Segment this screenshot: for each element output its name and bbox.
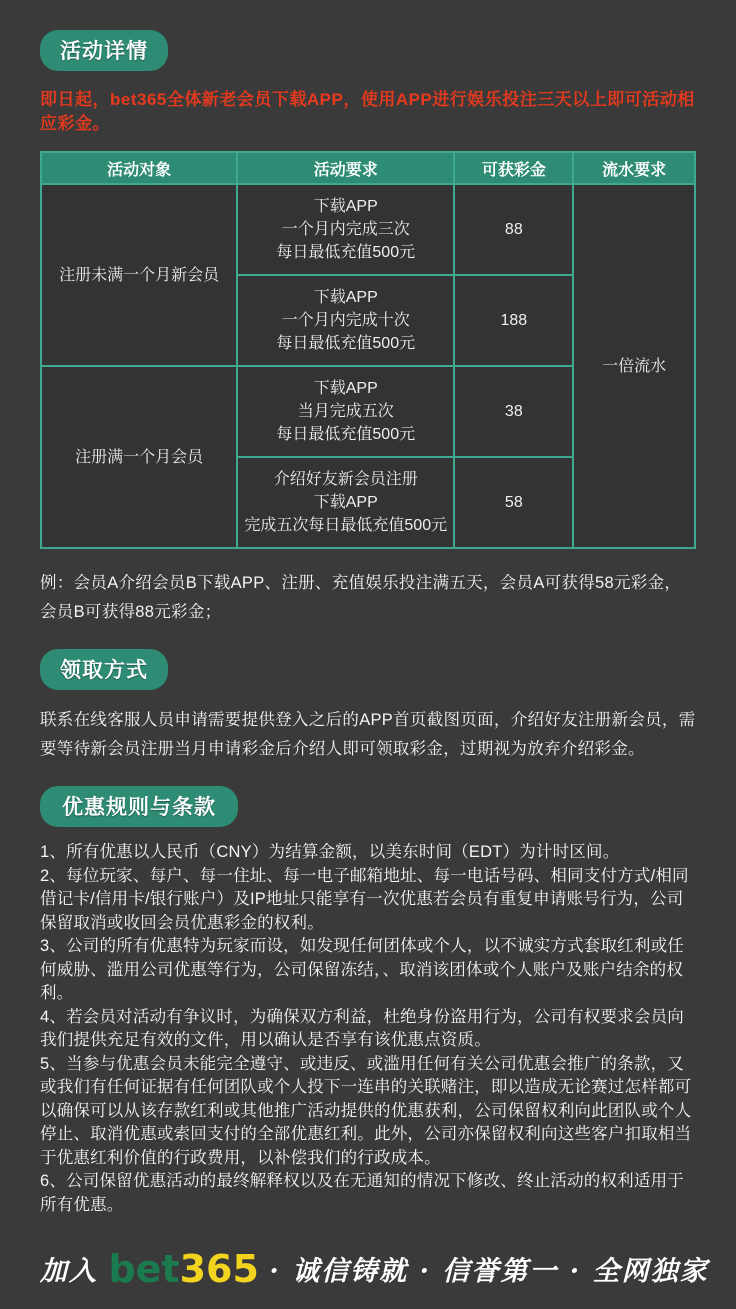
- bonus-cell: 58: [454, 457, 573, 548]
- requirement-cell: 介绍好友新会员注册 下载APP 完成五次每日最低充值500元: [237, 457, 454, 548]
- rule-item-6: 6、公司保留优惠活动的最终解释权以及在无通知的情况下修改、终止活动的权利适用于所…: [40, 1170, 696, 1217]
- bonus-cell: 88: [454, 184, 573, 275]
- activity-table: 活动对象 活动要求 可获彩金 流水要求 注册未满一个月新会员 下载APP 一个月…: [40, 151, 696, 549]
- claim-method-text: 联系在线客服人员申请需要提供登入之后的APP首页截图页面，介绍好友注册新会员，需…: [40, 706, 696, 764]
- promo-page: 活动详情 即日起，bet365全体新老会员下载APP，使用APP进行娱乐投注三天…: [0, 0, 736, 1309]
- col-header-turnover: 流水要求: [573, 152, 695, 184]
- table-header-row: 活动对象 活动要求 可获彩金 流水要求: [41, 152, 695, 184]
- member-group-existing: 注册满一个月会员: [41, 366, 237, 548]
- requirement-cell: 下载APP 一个月内完成十次 每日最低充值500元: [237, 275, 454, 366]
- member-group-new: 注册未满一个月新会员: [41, 184, 237, 366]
- requirement-cell: 下载APP 当月完成五次 每日最低充值500元: [237, 366, 454, 457]
- footer-banner: 加入 bet365 · 诚信铸就 · 信誉第一 · 全网独家: [40, 1233, 696, 1309]
- rule-item-1: 1、所有优惠以人民币（CNY）为结算金额，以美东时间（EDT）为计时区间。: [40, 841, 696, 865]
- activity-intro-text: 即日起，bet365全体新老会员下载APP，使用APP进行娱乐投注三天以上即可活…: [40, 88, 696, 136]
- requirement-cell: 下载APP 一个月内完成三次 每日最低充值500元: [237, 184, 454, 275]
- section-badge-activity-details: 活动详情: [40, 30, 168, 71]
- col-header-activity-target: 活动对象: [41, 152, 237, 184]
- rule-item-2: 2、每位玩家、每户、每一住址、每一电子邮箱地址、每一电话号码、相同支付方式/相同…: [40, 865, 696, 936]
- example-text: 例：会员A介绍会员B下载APP、注册、充值娱乐投注满五天，会员A可获得58元彩金…: [40, 569, 696, 627]
- footer-slogan-text: · 诚信铸就 · 信誉第一 · 全网独家: [269, 1256, 708, 1287]
- rule-item-5: 5、当参与优惠会员未能完全遵守、或违反、或滥用任何有关公司优惠会推广的条款，又或…: [40, 1053, 696, 1171]
- bet365-logo: bet365: [108, 1247, 258, 1291]
- col-header-bonus: 可获彩金: [454, 152, 573, 184]
- table-row: 注册未满一个月新会员 下载APP 一个月内完成三次 每日最低充值500元 88 …: [41, 184, 695, 275]
- turnover-cell: 一倍流水: [573, 184, 695, 548]
- footer-join-text: 加入: [40, 1256, 98, 1287]
- col-header-activity-requirement: 活动要求: [237, 152, 454, 184]
- bonus-cell: 188: [454, 275, 573, 366]
- rule-item-4: 4、若会员对活动有争议时，为确保双方利益，杜绝身份盗用行为，公司有权要求会员向我…: [40, 1006, 696, 1053]
- bet365-logo-bet: bet: [108, 1247, 179, 1291]
- rules-list: 1、所有优惠以人民币（CNY）为结算金额，以美东时间（EDT）为计时区间。 2、…: [40, 841, 696, 1217]
- section-badge-rules: 优惠规则与条款: [40, 786, 238, 827]
- section-badge-claim-method: 领取方式: [40, 649, 168, 690]
- bonus-cell: 38: [454, 366, 573, 457]
- rule-item-3: 3、公司的所有优惠特为玩家而设，如发现任何团体或个人，以不诚实方式套取红利或任何…: [40, 935, 696, 1006]
- bet365-logo-365: 365: [180, 1247, 259, 1291]
